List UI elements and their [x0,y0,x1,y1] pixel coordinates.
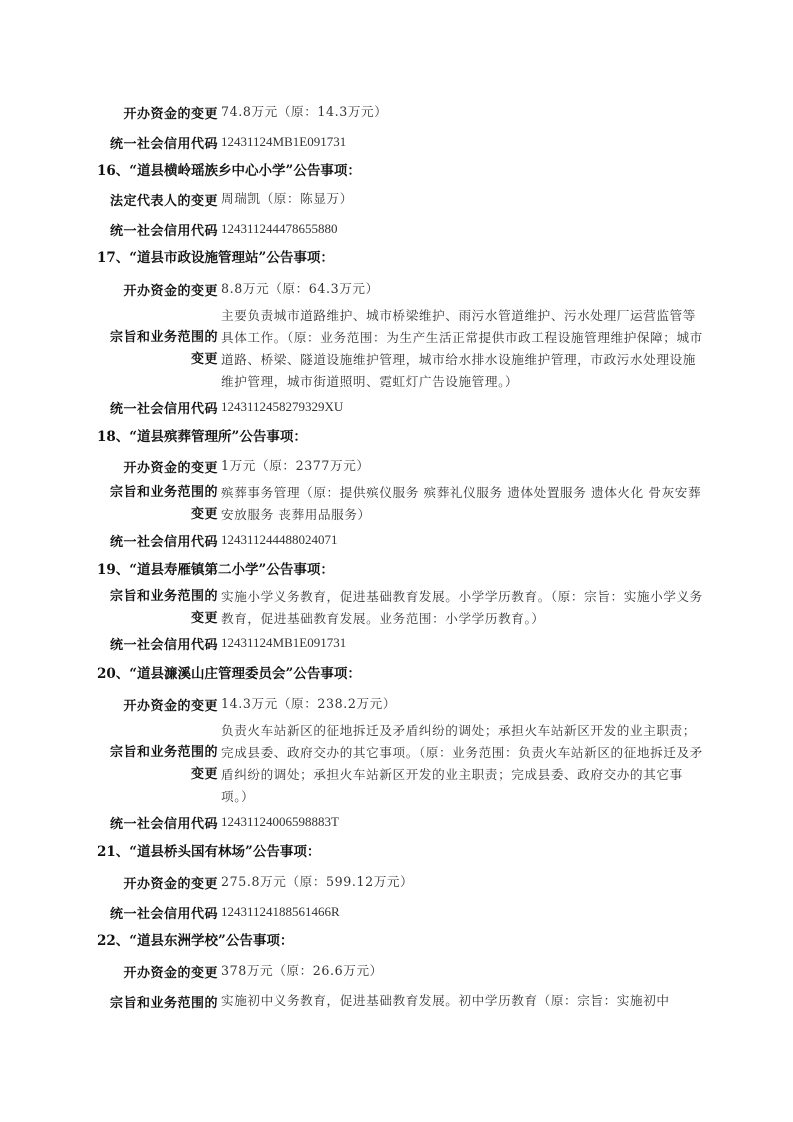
field-value: 实施小学义务教育，促进基础教育发展。小学学历教育。（原：宗旨：实施小学义务教育，… [218,586,709,630]
field-row-funding: 开办资金的变更 378万元（原：26.6万元） [97,960,709,982]
field-value: 殡葬事务管理（原：提供殡仪服务 殡葬礼仪服务 遗体处置服务 遗体火化 骨灰安葬安… [218,482,709,526]
field-label-line2: 变更 [97,764,218,786]
document-page: 开办资金的变更 74.8万元（原：14.3万元） 统一社会信用代码 124311… [0,0,793,1122]
field-label: 开办资金的变更 [97,695,218,714]
section-heading: 21、“道县桥头国有林场”公告事项： [97,843,320,861]
field-label: 宗旨和业务范围的 变更 [97,586,218,630]
field-row-scope: 宗旨和业务范围的 变更 实施小学义务教育，促进基础教育发展。小学学历教育。（原：… [97,586,709,630]
field-label: 宗旨和业务范围的 变更 [97,482,218,526]
field-label: 开办资金的变更 [97,280,218,299]
field-value: 1243112458279329XU [218,396,709,418]
section-heading: 16、“道县横岭瑶族乡中心小学”公告事项： [97,162,361,180]
field-label: 开办资金的变更 [97,457,218,476]
field-value: 1万元（原：2377万元） [218,455,709,477]
field-value: 124311244488024071 [218,529,709,551]
field-label: 统一社会信用代码 [97,398,218,417]
field-label: 统一社会信用代码 [97,220,218,239]
field-label: 统一社会信用代码 [97,634,218,653]
section-heading: 22、“道县东洲学校”公告事项： [97,932,293,950]
field-label: 统一社会信用代码 [97,133,218,152]
field-label-line1: 宗旨和业务范围的 [97,586,218,608]
field-label: 宗旨和业务范围的 变更 [97,327,218,371]
field-row-scope: 宗旨和业务范围的 变更 负责火车站新区的征地拆迁及矛盾纠纷的调处；承担火车站新区… [97,720,709,808]
field-row-credit-code: 统一社会信用代码 12431124MB1E091731 [97,632,709,654]
field-row-funding: 开办资金的变更 74.8万元（原：14.3万元） [97,101,709,123]
section-heading: 19、“道县寿雁镇第二小学”公告事项： [97,561,334,579]
field-label: 开办资金的变更 [97,873,218,892]
field-row-credit-code: 统一社会信用代码 1243112458279329XU [97,396,709,418]
field-label: 宗旨和业务范围的 变更 [97,742,218,786]
field-row-credit-code: 统一社会信用代码 12431124006598883T [97,811,709,833]
field-row-credit-code: 统一社会信用代码 12431124MB1E091731 [97,131,709,153]
field-row-funding: 开办资金的变更 1万元（原：2377万元） [97,455,709,477]
field-label: 宗旨和业务范围的 [97,992,218,1011]
field-label-line2: 变更 [97,504,218,526]
field-row-funding: 开办资金的变更 14.3万元（原：238.2万元） [97,693,709,715]
field-value: 12431124MB1E091731 [218,131,709,153]
field-row-scope: 宗旨和业务范围的 实施初中义务教育，促进基础教育发展。初中学历教育（原：宗旨：实… [97,990,709,1012]
field-label: 开办资金的变更 [97,103,218,122]
field-value: 12431124MB1E091731 [218,632,709,654]
field-row-legal-rep: 法定代表人的变更 周瑞凯（原：陈显万） [97,188,709,210]
field-value: 74.8万元（原：14.3万元） [218,101,709,123]
field-row-credit-code: 统一社会信用代码 124311244478655880 [97,218,709,240]
field-value: 8.8万元（原：64.3万元） [218,278,709,300]
field-value: 275.8万元（原：599.12万元） [218,871,709,893]
field-label-line2: 变更 [97,349,218,371]
section-heading: 17、“道县市政设施管理站”公告事项： [97,249,334,267]
field-label: 统一社会信用代码 [97,531,218,550]
field-row-funding: 开办资金的变更 8.8万元（原：64.3万元） [97,278,709,300]
field-value: 124311244478655880 [218,218,709,240]
field-value: 14.3万元（原：238.2万元） [218,693,709,715]
field-value: 周瑞凯（原：陈显万） [218,188,709,210]
field-row-credit-code: 统一社会信用代码 12431124188561466R [97,901,709,923]
field-value: 主要负责城市道路维护、城市桥梁维护、雨污水管道维护、污水处理厂运营监管等具体工作… [218,305,709,393]
field-value: 负责火车站新区的征地拆迁及矛盾纠纷的调处；承担火车站新区开发的业主职责；完成县委… [218,720,709,808]
section-heading: 20、“道县濂溪山庄管理委员会”公告事项： [97,665,361,683]
field-label-line1: 宗旨和业务范围的 [97,482,218,504]
field-row-funding: 开办资金的变更 275.8万元（原：599.12万元） [97,871,709,893]
field-label-line1: 宗旨和业务范围的 [97,742,218,764]
field-value: 实施初中义务教育，促进基础教育发展。初中学历教育（原：宗旨：实施初中 [218,990,709,1012]
field-row-credit-code: 统一社会信用代码 124311244488024071 [97,529,709,551]
field-value: 378万元（原：26.6万元） [218,960,709,982]
field-label: 法定代表人的变更 [97,190,218,209]
field-value: 12431124006598883T [218,811,709,833]
field-row-scope: 宗旨和业务范围的 变更 主要负责城市道路维护、城市桥梁维护、雨污水管道维护、污水… [97,305,709,393]
field-row-scope: 宗旨和业务范围的 变更 殡葬事务管理（原：提供殡仪服务 殡葬礼仪服务 遗体处置服… [97,482,709,526]
field-label: 统一社会信用代码 [97,813,218,832]
field-label: 统一社会信用代码 [97,903,218,922]
field-label-line2: 变更 [97,608,218,630]
field-value: 12431124188561466R [218,901,709,923]
field-label: 开办资金的变更 [97,962,218,981]
field-label-line1: 宗旨和业务范围的 [97,327,218,349]
section-heading: 18、“道县殡葬管理所”公告事项： [97,428,307,446]
